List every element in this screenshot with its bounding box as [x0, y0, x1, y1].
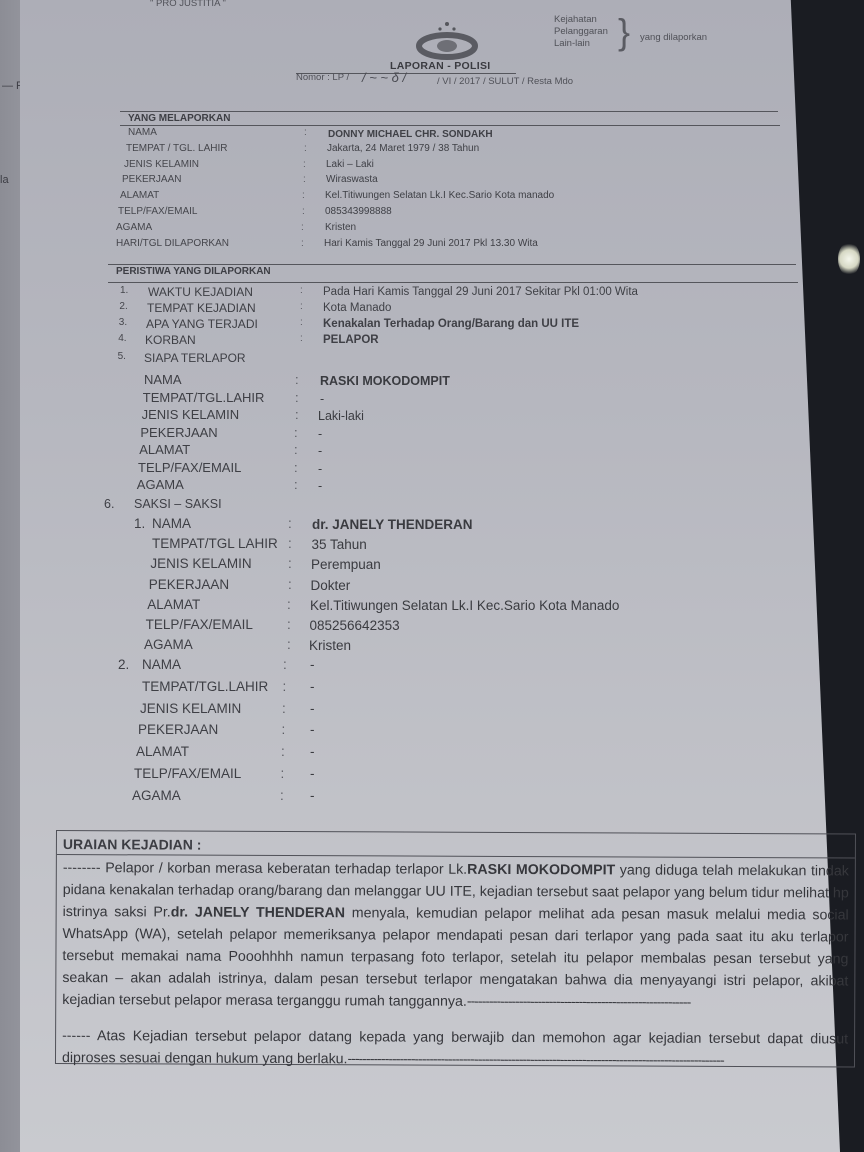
field-separator: : [304, 127, 307, 138]
pelapor-field-value: Hari Kamis Tanggal 29 Juni 2017 Pkl 13.3… [324, 238, 538, 249]
uraian-title: URAIAN KEJADIAN : [57, 831, 855, 858]
peristiwa-item-label: APA YANG TERJADI [146, 317, 258, 331]
report-number-handwritten: / ~ ~ δ / [362, 70, 406, 85]
peristiwa-item-value: Kenakalan Terhadap Orang/Barang dan UU I… [323, 318, 579, 330]
terlapor-field-label: TELP/FAX/EMAIL [138, 460, 241, 475]
section-divider [108, 264, 796, 265]
peristiwa-item-value: Pada Hari Kamis Tanggal 29 Juni 2017 Sek… [323, 286, 638, 298]
terlapor-field-label: TEMPAT/TGL.LAHIR [143, 390, 265, 405]
peristiwa-item-number: 5. [118, 351, 126, 362]
saksi-field-value: 085256642353 [310, 618, 400, 633]
pro-justitia-label: " PRO JUSTITIA " [150, 0, 226, 9]
field-separator: : [294, 442, 298, 457]
saksi-field-label: TELP/FAX/EMAIL [146, 617, 253, 632]
saksi-field-value: - [310, 722, 315, 737]
field-separator: : [303, 174, 306, 185]
field-separator: : [288, 556, 292, 571]
uraian-paragraph-2: ------ Atas Kejadian tersebut pelapor da… [56, 1023, 854, 1072]
terlapor-field-label: PEKERJAAN [140, 425, 217, 440]
dash-fill: ----------------------------------------… [347, 1051, 723, 1069]
saksi-field-value: - [310, 701, 315, 716]
police-emblem-icon [412, 20, 482, 60]
field-separator: : [304, 143, 307, 154]
section-divider [120, 111, 778, 112]
brace-icon: } [618, 14, 630, 50]
report-number-suffix: / VI / 2017 / SULUT / Resta Mdo [437, 76, 573, 87]
peristiwa-item-label: KORBAN [145, 333, 196, 347]
saksi-field-label: PEKERJAAN [149, 577, 229, 592]
saksi-field-label: PEKERJAAN [138, 722, 218, 737]
field-separator: : [295, 372, 299, 387]
section-divider [120, 125, 780, 126]
field-separator: : [302, 206, 305, 217]
terlapor-field-label: JENIS KELAMIN [142, 407, 240, 422]
classification-option: Kejahatan [554, 14, 608, 26]
saksi-field-label: NAMA [152, 516, 191, 531]
terlapor-field-value: - [318, 444, 322, 458]
peristiwa-item-number: 3. [119, 317, 127, 328]
pelapor-field-label: JENIS KELAMIN [124, 159, 199, 170]
saksi-field-label: NAMA [142, 657, 181, 672]
report-number-label: Nomor : LP / [296, 72, 349, 83]
background-text-fragment: la [0, 174, 9, 186]
saksi-field-label: AGAMA [144, 637, 193, 652]
pelapor-field-label: NAMA [128, 127, 157, 138]
field-separator: : [301, 222, 304, 233]
classification-note: yang dilaporkan [640, 32, 707, 43]
peristiwa-item-value: PELAPOR [323, 334, 379, 346]
highlighted-name: dr. JANELY THENDERAN [171, 905, 345, 922]
saksi-field-value: 35 Tahun [312, 537, 367, 552]
highlighted-name: RASKI MOKODOMPIT [467, 862, 615, 879]
field-separator: : [300, 301, 303, 312]
saksi-field-label: TEMPAT/TGL LAHIR [152, 536, 278, 551]
uraian-paragraph-1: -------- Pelapor / korban merasa keberat… [56, 855, 855, 1014]
field-separator: : [288, 516, 292, 531]
saksi-section-title: SAKSI – SAKSI [134, 497, 222, 511]
field-separator: : [294, 477, 298, 492]
peristiwa-item-number: 1. [120, 285, 128, 296]
terlapor-field-value: Laki-laki [318, 409, 364, 423]
field-separator: : [287, 617, 291, 632]
saksi-field-value: - [310, 657, 315, 672]
field-separator: : [303, 159, 306, 170]
pelapor-field-label: TELP/FAX/EMAIL [118, 206, 197, 217]
paragraph-text: -------- Pelapor / korban merasa keberat… [63, 860, 467, 878]
peristiwa-item-number: 4. [118, 333, 126, 344]
saksi-field-label: TEMPAT/TGL.LAHIR [142, 679, 268, 694]
field-separator: : [282, 701, 286, 716]
field-separator: : [283, 679, 287, 694]
saksi-number: 1. [134, 516, 145, 531]
peristiwa-item-number: 2. [119, 301, 127, 312]
uraian-kejadian-box: URAIAN KEJADIAN : -------- Pelapor / kor… [55, 830, 856, 1067]
terlapor-field-value: - [318, 479, 322, 493]
saksi-field-label: AGAMA [132, 788, 181, 803]
pelapor-field-value: Jakarta, 24 Maret 1979 / 38 Tahun [327, 143, 479, 154]
pelapor-field-value: Kristen [325, 222, 356, 233]
field-separator: : [280, 788, 284, 803]
saksi-number: 6. [104, 497, 114, 511]
light-glare [838, 242, 860, 276]
pelapor-field-label: TEMPAT / TGL. LAHIR [126, 143, 228, 154]
peristiwa-item-value: Kota Manado [323, 302, 391, 314]
pelapor-field-label: ALAMAT [120, 190, 159, 201]
pelapor-field-value: DONNY MICHAEL CHR. SONDAKH [328, 129, 493, 140]
terlapor-field-value: - [318, 427, 322, 441]
pelapor-field-value: 085343998888 [325, 206, 392, 217]
field-separator: : [282, 722, 286, 737]
classification-option: Pelanggaran [554, 26, 608, 38]
saksi-field-value: Perempuan [311, 557, 381, 572]
terlapor-field-value: - [318, 462, 322, 476]
field-separator: : [294, 425, 298, 440]
classification-option: Lain-lain [554, 38, 608, 50]
saksi-field-value: dr. JANELY THENDERAN [312, 517, 473, 532]
pelapor-field-value: Laki – Laki [326, 159, 374, 170]
field-separator: : [301, 238, 304, 249]
pelapor-field-label: HARI/TGL DILAPORKAN [116, 238, 229, 249]
pelapor-field-value: Wiraswasta [326, 174, 378, 185]
saksi-field-label: ALAMAT [147, 597, 200, 612]
field-separator: : [300, 317, 303, 328]
saksi-field-label: ALAMAT [136, 744, 189, 759]
saksi-field-label: JENIS KELAMIN [140, 701, 241, 716]
saksi-field-value: Kel.Titiwungen Selatan Lk.I Kec.Sario Ko… [310, 598, 619, 613]
saksi-field-value: - [310, 766, 315, 781]
field-separator: : [287, 597, 291, 612]
field-separator: : [302, 190, 305, 201]
saksi-field-value: - [310, 744, 315, 759]
saksi-field-value: - [310, 679, 315, 694]
dash-fill: ----------------------------------------… [467, 994, 691, 1011]
field-separator: : [295, 407, 299, 422]
terlapor-field-value: RASKI MOKODOMPIT [320, 374, 450, 388]
field-separator: : [300, 285, 303, 296]
terlapor-field-value: - [320, 392, 324, 406]
field-separator: : [287, 637, 291, 652]
pelapor-field-label: AGAMA [116, 222, 152, 233]
field-separator: : [281, 766, 285, 781]
peristiwa-item-label: TEMPAT KEJADIAN [147, 301, 256, 315]
field-separator: : [281, 744, 285, 759]
terlapor-field-label: ALAMAT [139, 442, 190, 457]
saksi-field-value: Dokter [311, 578, 351, 593]
saksi-number: 2. [118, 657, 129, 672]
field-separator: : [294, 460, 298, 475]
pelapor-section-title: YANG MELAPORKAN [128, 113, 230, 124]
terlapor-field-label: NAMA [144, 372, 182, 387]
field-separator: : [283, 657, 287, 672]
peristiwa-section-title: PERISTIWA YANG DILAPORKAN [116, 266, 271, 277]
saksi-field-value: - [310, 788, 315, 803]
field-separator: : [288, 577, 292, 592]
pelapor-field-value: Kel.Titiwungen Selatan Lk.I Kec.Sario Ko… [325, 190, 554, 201]
field-separator: : [295, 390, 299, 405]
pelapor-field-label: PEKERJAAN [122, 174, 181, 185]
section-divider [108, 282, 798, 283]
terlapor-field-label: AGAMA [137, 477, 184, 492]
field-separator: : [288, 536, 292, 551]
saksi-field-value: Kristen [309, 638, 351, 653]
peristiwa-item-label: WAKTU KEJADIAN [148, 285, 253, 299]
saksi-field-label: JENIS KELAMIN [150, 556, 251, 571]
classification-list: Kejahatan Pelanggaran Lain-lain [554, 14, 608, 50]
field-separator: : [300, 333, 303, 344]
peristiwa-item-label: SIAPA TERLAPOR [144, 351, 246, 365]
paragraph-text: menyala, kemudian pelapor melihat ada pe… [62, 905, 848, 1010]
saksi-field-label: TELP/FAX/EMAIL [134, 766, 241, 781]
